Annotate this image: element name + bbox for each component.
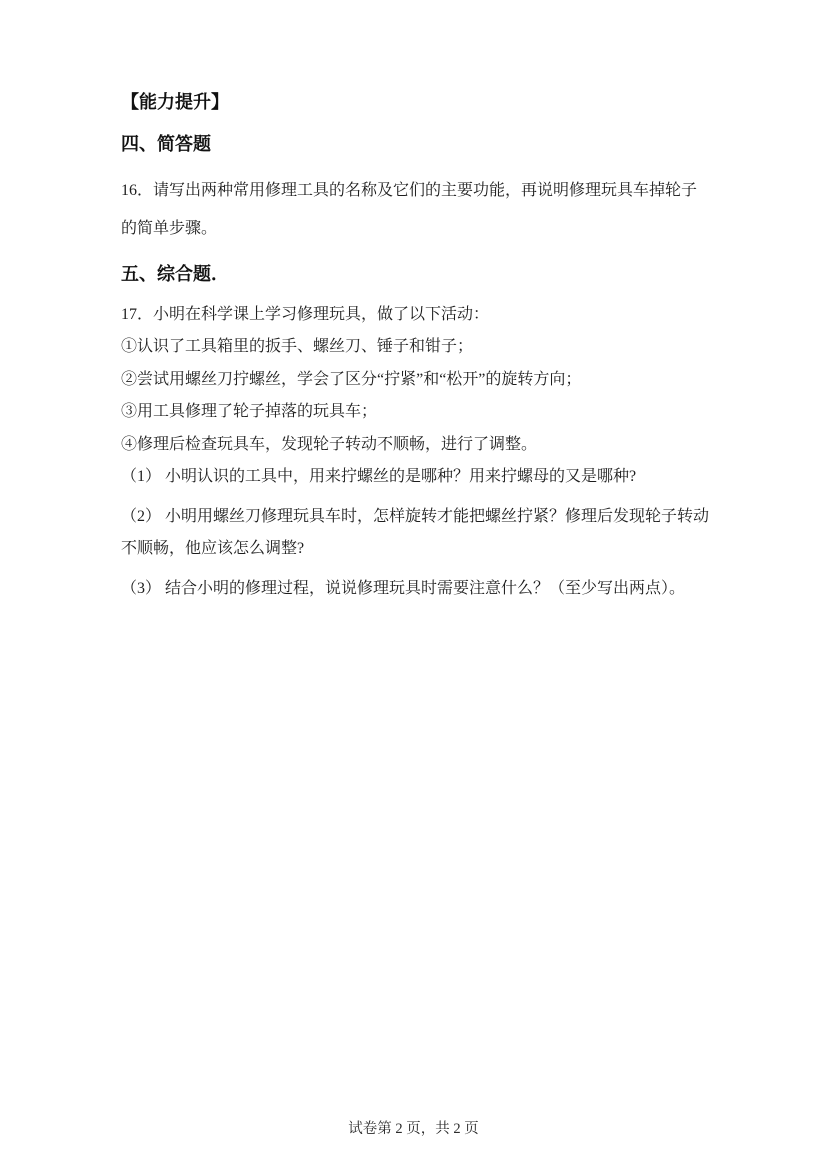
page-footer-pagination: 试卷第 2 页，共 2 页	[0, 1120, 827, 1138]
page-content: 【能力提升】 四、简答题 16．请写出两种常用修理工具的名称及它们的主要功能，再…	[121, 92, 711, 605]
question-17-sub-1: （1） 小明认识的工具中，用来拧螺丝的是哪种？用来拧螺母的又是哪种?	[121, 461, 711, 494]
question-17-activity-4: ④修理后检查玩具车，发现轮子转动不顺畅，进行了调整。	[121, 429, 711, 462]
part5-heading-comprehensive: 五、综合题．	[121, 264, 711, 285]
question-17-activity-2: ②尝试用螺丝刀拧螺丝，学会了区分“拧紧”和“松开”的旋转方向；	[121, 364, 711, 397]
part4-heading-short-answer: 四、简答题	[121, 134, 711, 155]
exam-paper-page: 【能力提升】 四、简答题 16．请写出两种常用修理工具的名称及它们的主要功能，再…	[0, 0, 827, 1169]
question-17-activity-1: ①认识了工具箱里的扳手、螺丝刀、锤子和钳子；	[121, 331, 711, 364]
question-17-activity-3: ③用工具修理了轮子掉落的玩具车；	[121, 396, 711, 429]
question-17-sub-2: （2） 小明用螺丝刀修理玩具车时，怎样旋转才能把螺丝拧紧？修理后发现轮子转动不顺…	[121, 501, 711, 566]
question-17-intro: 17．小明在科学课上学习修理玩具，做了以下活动：	[121, 298, 711, 331]
section-heading-ability-boost: 【能力提升】	[121, 92, 711, 113]
question-17-sub-3: （3） 结合小明的修理过程，说说修理玩具时需要注意什么？（至少写出两点）。	[121, 573, 711, 606]
question-16: 16．请写出两种常用修理工具的名称及它们的主要功能，再说明修理玩具车掉轮子的简单…	[121, 172, 711, 248]
